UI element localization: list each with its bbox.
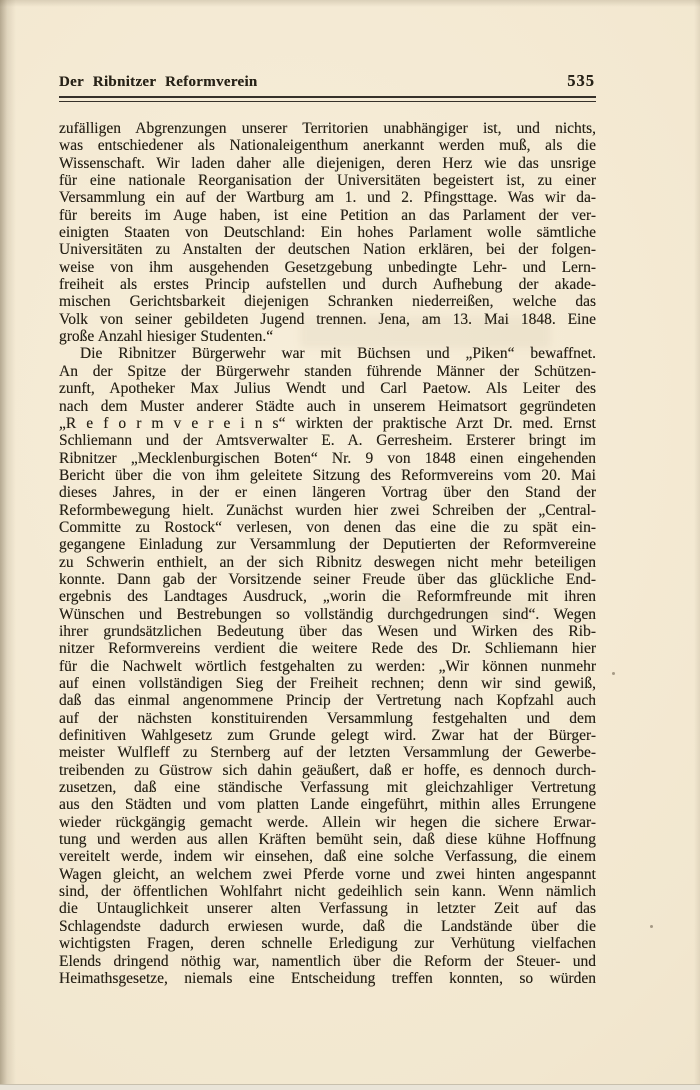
text-line: Wagen gleicht, an welchem zwei Pferde vo… [59, 866, 596, 883]
text-line: einigten Staaten von Deutschland: Ein ho… [59, 224, 596, 241]
text-line: auf der nächsten konstituirenden Versamm… [59, 710, 596, 727]
text-line: zunft, Apotheker Max Julius Wendt und Ca… [59, 380, 596, 397]
text-line: treibenden zu Güstrow sich dahin geäußer… [59, 762, 596, 779]
ink-speck [650, 925, 653, 928]
text-line: Ribnitzer „Mecklenburgischen Boten“ Nr. … [59, 450, 596, 467]
ink-speck [612, 672, 615, 675]
text-line: freiheit als erstes Princip aufstellen u… [59, 276, 596, 293]
text-line: An der Spitze der Bürgerwehr standen füh… [59, 363, 596, 380]
text-line: Bericht über die von ihm geleitete Sitzu… [59, 467, 596, 484]
body-text: zufälligen Abgrenzungen unserer Territor… [59, 120, 596, 987]
text-line: Versammlung ein auf der Wartburg am 1. u… [59, 189, 596, 206]
text-line: zusetzen, daß eine ständische Verfassung… [59, 779, 596, 796]
page-right-edge-shadow [694, 0, 700, 1090]
text-line: für die Nachwelt wörtlich festgehalten z… [59, 658, 596, 675]
header-double-rule [59, 96, 596, 102]
text-line: was entschiedener als Nationaleigenthum … [59, 137, 596, 154]
text-line: wieder rückgängig gemacht werde. Allein … [59, 814, 596, 831]
text-line: die Untauglichkeit unserer alten Verfass… [59, 900, 596, 917]
text-line: meister Wulfleff zu Sternberg auf der le… [59, 744, 596, 761]
text-line: für eine nationale Reorganisation der Un… [59, 172, 596, 189]
text-line: zu Schwerin enthielt, an der sich Ribnit… [59, 554, 596, 571]
text-line: nach dem Muster anderer Städte auch in u… [59, 398, 596, 415]
text-line: dieses Jahres, in der er einen längeren … [59, 484, 596, 501]
book-page: Der Ribnitzer Reformverein 535 zufällige… [0, 0, 700, 1090]
paper-show-through [390, 598, 530, 620]
text-line: daß das einmal angenommene Princip der V… [59, 692, 596, 709]
text-line: ihrer grundsätzlichen Bedeutung über das… [59, 623, 596, 640]
text-line: Elends dringend nöthig war, namentlich ü… [59, 953, 596, 970]
running-header: Der Ribnitzer Reformverein 535 [59, 71, 595, 91]
text-line: definitiven Wahlgesetz zum Grunde gelegt… [59, 727, 596, 744]
text-line: Die Ribnitzer Bürgerwehr war mit Büchsen… [59, 345, 596, 362]
text-line: gegangene Einladung zur Versammlung der … [59, 536, 596, 553]
text-line: sind, der öffentlichen Wohlfahrt nicht g… [59, 883, 596, 900]
running-header-title: Der Ribnitzer Reformverein [59, 74, 258, 91]
page-bottom-edge [0, 1084, 700, 1090]
text-line: weise von ihm ausgehenden Gesetzgebung u… [59, 259, 596, 276]
text-line: Reformbewegung hielt. Zunächst wurden hi… [59, 502, 596, 519]
text-line: Committe zu Rostock“ verlesen, von denen… [59, 519, 596, 536]
text-line: zufälligen Abgrenzungen unserer Territor… [59, 120, 596, 137]
text-line: aus den Städten und vom platten Lande ei… [59, 796, 596, 813]
text-line: mischen Gerichtsbarkeit diejenigen Schra… [59, 293, 596, 310]
text-line: tung und werden aus allen Kräften bemüht… [59, 831, 596, 848]
text-line: Schliemann und der Amtsverwalter E. A. G… [59, 432, 596, 449]
text-line: wichtigsten Fragen, deren schnelle Erled… [59, 935, 596, 952]
text-line: „R e f o r m v e r e i n s“ wirkten der … [59, 415, 596, 432]
page-top-edge-shadow [0, 0, 700, 7]
text-line: Heimathsgesetze, niemals eine Entscheidu… [59, 970, 596, 987]
text-line: Universitäten zu Anstalten der deutschen… [59, 241, 596, 258]
paper-show-through [300, 318, 550, 348]
page-number: 535 [567, 71, 595, 91]
text-line: für bereits im Auge haben, ist eine Peti… [59, 207, 596, 224]
text-line: Wissenschaft. Wir laden daher alle dieje… [59, 155, 596, 172]
page-left-edge-shadow [0, 0, 16, 1090]
text-line: Schlagendste dadurch erwiesen wurde, daß… [59, 918, 596, 935]
text-line: konnte. Dann gab der Vorsitzende seiner … [59, 571, 596, 588]
text-line: nitzer Reformvereins verdient die weiter… [59, 640, 596, 657]
text-line: vereitelt werde, indem wir einsehen, daß… [59, 848, 596, 865]
text-line: auf einen vollständigen Sieg der Freihei… [59, 675, 596, 692]
